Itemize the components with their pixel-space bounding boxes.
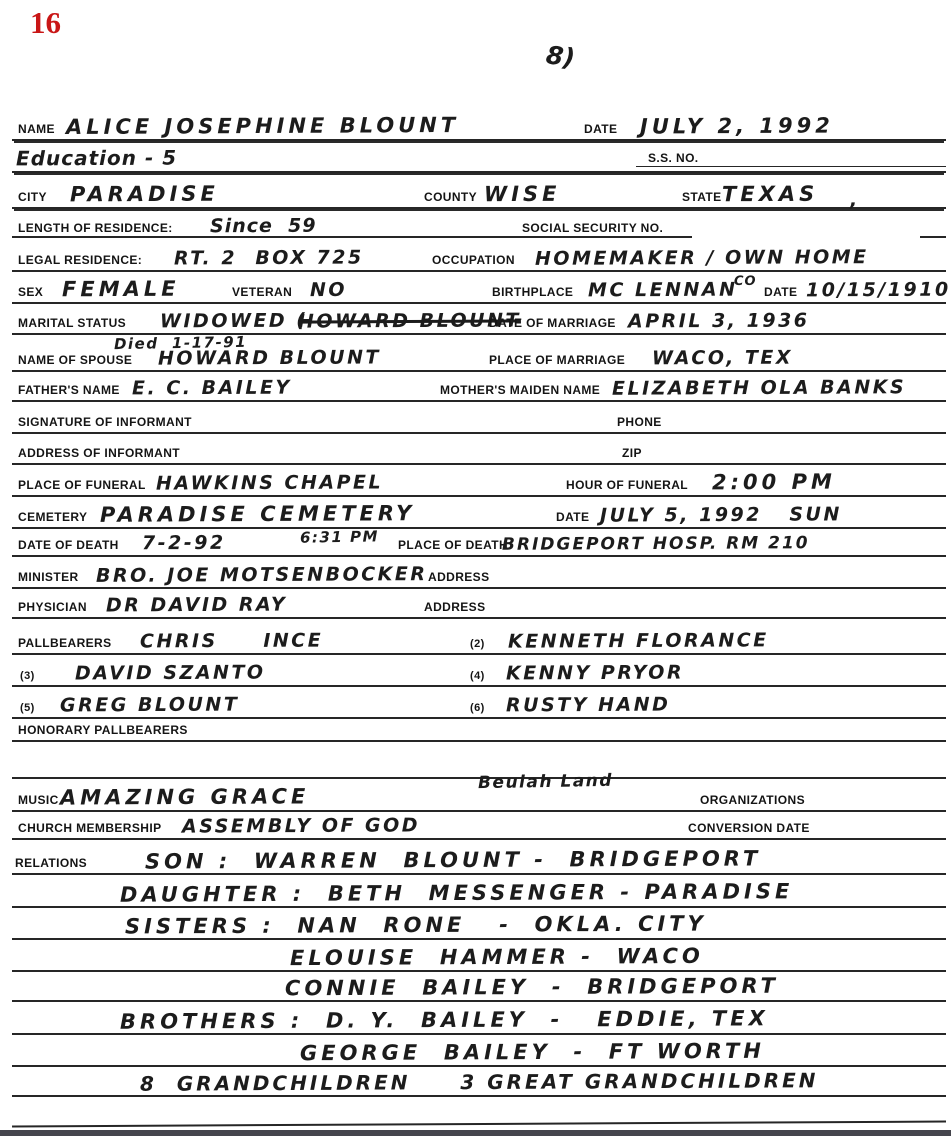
row-name-of-spouse: NAME OF SPOUSE HOWARD BLOUNT PLACE OF MA…	[12, 341, 946, 372]
relation-line: BROTHERS : D. Y. BAILEY - EDDIE, TEX	[120, 1006, 769, 1033]
row-relations-1: RELATIONS SON : WARREN BLOUNT - BRIDGEPO…	[12, 842, 946, 875]
relation-line: SISTERS : NAN RONE - OKLA. CITY	[125, 911, 707, 938]
pallbearer-5-number: (5)	[20, 702, 35, 714]
state-label: STATE	[682, 190, 722, 204]
row-legal-residence-occupation: LEGAL RESIDENCE: RT. 2 BOX 725 OCCUPATIO…	[12, 241, 946, 272]
row-physician: PHYSICIAN DR DAVID RAY ADDRESS	[12, 588, 946, 619]
time-of-death-note: 6:31 PM	[300, 527, 379, 546]
place-of-death-label: PLACE OF DEATH	[398, 538, 508, 552]
birthplace-label: BIRTHPLACE	[492, 285, 573, 299]
marital-status-value: WIDOWED (	[160, 310, 308, 333]
row-music-organizations: MUSIC AMAZING GRACE ORGANIZATIONS	[12, 780, 946, 812]
organizations-label: ORGANIZATIONS	[700, 793, 805, 807]
relation-line: SON : WARREN BLOUNT - BRIDGEPORT	[145, 846, 761, 873]
pallbearer-3-number: (3)	[20, 670, 35, 682]
pallbearer-1-value: CHRIS INCE	[140, 630, 323, 653]
row-church-membership: CHURCH MEMBERSHIP ASSEMBLY OF GOD CONVER…	[12, 809, 946, 840]
row-place-of-funeral: PLACE OF FUNERAL HAWKINS CHAPEL HOUR OF …	[12, 465, 946, 497]
conversion-date-label: CONVERSION DATE	[688, 821, 810, 835]
row-parents-names: FATHER'S NAME E. C. BAILEY MOTHER'S MAID…	[12, 371, 946, 402]
funeral-date-value: JULY 5, 1992 SUN	[600, 503, 842, 526]
birth-date-label: DATE	[764, 285, 797, 299]
relation-line: GEORGE BAILEY - FT WORTH	[300, 1039, 765, 1065]
pallbearers-label: PALLBEARERS	[18, 636, 112, 650]
hour-of-funeral-label: HOUR OF FUNERAL	[566, 478, 688, 492]
state-value: TEXAS	[722, 182, 818, 207]
social-security-no-label: SOCIAL SECURITY NO.	[522, 221, 663, 235]
signature-of-informant-label: SIGNATURE OF INFORMANT	[18, 415, 192, 429]
row-cemetery: CEMETERY PARADISE CEMETERY DATE JULY 5, …	[12, 497, 946, 529]
education-value: Education - 5	[16, 146, 177, 171]
relation-line: 8 GRANDCHILDREN 3 GREAT GRANDCHILDREN	[140, 1068, 819, 1096]
place-of-marriage-value: WACO, TEX	[652, 347, 793, 370]
relation-line: CONNIE BAILEY - BRIDGEPORT	[285, 974, 779, 1001]
sex-value: FEMALE	[62, 277, 180, 302]
relations-label: RELATIONS	[15, 856, 87, 870]
place-of-funeral-label: PLACE OF FUNERAL	[18, 478, 146, 492]
county-label: COUNTY	[424, 190, 477, 204]
phone-label: PHONE	[617, 415, 662, 429]
row-marital-status: MARITAL STATUS WIDOWED ( HOWARD BLOUNT D…	[12, 304, 946, 335]
final-blank-ruled-line	[12, 1114, 946, 1128]
cemetery-value: PARADISE CEMETERY	[100, 501, 415, 527]
date-label: DATE	[584, 122, 617, 136]
row-honorary-pallbearers: HONORARY PALLBEARERS	[12, 714, 946, 742]
length-of-residence-line	[12, 236, 692, 238]
date-of-death-label: DATE OF DEATH	[18, 538, 119, 552]
veteran-label: VETERAN	[232, 285, 292, 299]
pallbearer-4-number: (4)	[470, 670, 485, 682]
name-value: ALICE JOSEPHINE BLOUNT	[66, 113, 459, 139]
music-value: AMAZING GRACE	[60, 784, 309, 809]
row-relations-6: BROTHERS : D. Y. BAILEY - EDDIE, TEX	[12, 1002, 946, 1035]
birthplace-value: MC LENNAN	[588, 279, 738, 302]
church-membership-label: CHURCH MEMBERSHIP	[18, 821, 161, 835]
marital-status-label: MARITAL STATUS	[18, 316, 126, 330]
length-of-residence-label: LENGTH OF RESIDENCE:	[18, 221, 173, 235]
relation-line: ELOUISE HAMMER - WACO	[290, 944, 704, 970]
minister-value: BRO. JOE MOTSENBOCKER	[96, 563, 428, 587]
date-of-marriage-value: APRIL 3, 1936	[628, 310, 810, 333]
name-of-spouse-label: NAME OF SPOUSE	[18, 353, 132, 367]
date-of-marriage-label: DATE OF MARRIAGE	[489, 316, 616, 330]
name-label: NAME	[18, 122, 55, 136]
city-value: PARADISE	[70, 182, 219, 207]
row-address-of-informant: ADDRESS OF INFORMANT ZIP	[12, 435, 946, 465]
relation-line: DAUGHTER : BETH MESSENGER - PARADISE	[120, 879, 793, 907]
fathers-name-label: FATHER'S NAME	[18, 383, 120, 397]
row-relations-7: GEORGE BAILEY - FT WORTH	[12, 1034, 946, 1067]
pallbearer-3-value: DAVID SZANTO	[75, 662, 266, 685]
marital-status-struck-value: HOWARD BLOUNT	[298, 309, 521, 332]
cemetery-label: CEMETERY	[18, 510, 87, 524]
pallbearer-2-number: (2)	[470, 638, 485, 650]
sex-label: SEX	[18, 285, 43, 299]
minister-address-label: ADDRESS	[428, 570, 489, 584]
mothers-maiden-name-label: MOTHER'S MAIDEN NAME	[440, 383, 600, 397]
ss-no-label: S.S. NO.	[648, 151, 699, 165]
church-membership-value: ASSEMBLY OF GOD	[182, 814, 420, 837]
occupation-label: OCCUPATION	[432, 253, 515, 267]
place-of-marriage-label: PLACE OF MARRIAGE	[489, 353, 625, 367]
row-relations-8: 8 GRANDCHILDREN 3 GREAT GRANDCHILDREN	[12, 1064, 946, 1097]
social-security-short-line	[920, 236, 946, 238]
fathers-name-value: E. C. BAILEY	[132, 377, 292, 400]
page-number: 16	[30, 5, 61, 41]
row-minister: MINISTER BRO. JOE MOTSENBOCKER ADDRESS	[12, 558, 946, 589]
state-comma-mark: ,	[850, 189, 860, 211]
pallbearer-6-number: (6)	[470, 702, 485, 714]
occupation-value: HOMEMAKER / OWN HOME	[535, 246, 869, 270]
row-signature-of-informant: SIGNATURE OF INFORMANT PHONE	[12, 404, 946, 434]
row-relations-3: SISTERS : NAN RONE - OKLA. CITY	[12, 907, 946, 940]
mothers-maiden-name-value: ELIZABETH OLA BANKS	[612, 376, 906, 400]
row-date-of-death: DATE OF DEATH 7-2-92 PLACE OF DEATH BRID…	[12, 526, 946, 557]
honorary-pallbearers-label: HONORARY PALLBEARERS	[18, 723, 188, 737]
city-label: CITY	[18, 190, 47, 204]
date-value: JULY 2, 1992	[640, 113, 834, 138]
corner-handwritten-mark: 8)	[544, 40, 576, 72]
place-of-funeral-value: HAWKINS CHAPEL	[156, 471, 383, 494]
row-relations-2: DAUGHTER : BETH MESSENGER - PARADISE	[12, 875, 946, 908]
pallbearer-4-value: KENNY PRYOR	[506, 662, 684, 685]
row-education-ssno: Education - 5 S.S. NO.	[12, 141, 946, 173]
address-of-informant-label: ADDRESS OF INFORMANT	[18, 446, 180, 460]
hour-of-funeral-value: 2:00 PM	[712, 470, 836, 495]
physician-address-label: ADDRESS	[424, 600, 485, 614]
row-relations-5: CONNIE BAILEY - BRIDGEPORT	[12, 969, 946, 1002]
length-of-residence-value: Since 59	[210, 215, 317, 238]
row-city-county-state: CITY PARADISE COUNTY WISE STATE TEXAS ,	[12, 177, 946, 209]
county-value: WISE	[484, 182, 561, 206]
row-pallbearers-3-4: (3) DAVID SZANTO (4) KENNY PRYOR	[12, 654, 946, 687]
row-relations-4: ELOUISE HAMMER - WACO	[12, 939, 946, 972]
pallbearer-6-value: RUSTY HAND	[506, 694, 670, 717]
music-label: MUSIC	[18, 793, 59, 807]
scanned-funeral-record-form: 16 8) NAME ALICE JOSEPHINE BLOUNT DATE J…	[0, 0, 951, 1136]
birth-date-value: 10/15/1910	[806, 279, 951, 302]
place-of-death-value: BRIDGEPORT HOSP. RM 210	[502, 533, 810, 555]
minister-label: MINISTER	[18, 570, 79, 584]
name-of-spouse-value: HOWARD BLOUNT	[158, 346, 381, 369]
ss-no-line	[636, 166, 946, 167]
date-of-death-value: 7-2-92	[142, 532, 226, 554]
zip-label: ZIP	[622, 446, 642, 460]
birthplace-co-suffix: CO	[734, 274, 757, 289]
funeral-date-label: DATE	[556, 510, 589, 524]
scan-edge-bar	[0, 1130, 951, 1136]
row-pallbearers-1-2: PALLBEARERS CHRIS INCE (2) KENNETH FLORA…	[12, 622, 946, 655]
pallbearer-2-value: KENNETH FLORANCE	[508, 629, 769, 652]
row-name-date: NAME ALICE JOSEPHINE BLOUNT DATE JULY 2,…	[12, 105, 946, 141]
physician-label: PHYSICIAN	[18, 600, 87, 614]
legal-residence-label: LEGAL RESIDENCE:	[18, 253, 142, 267]
veteran-value: NO	[310, 279, 347, 301]
legal-residence-value: RT. 2 BOX 725	[174, 247, 364, 270]
row-length-of-residence: LENGTH OF RESIDENCE: Since 59 SOCIAL SEC…	[12, 210, 946, 238]
row-sex-veteran-birthplace: SEX FEMALE VETERAN NO BIRTHPLACE MC LENN…	[12, 273, 946, 304]
physician-value: DR DAVID RAY	[106, 594, 287, 617]
